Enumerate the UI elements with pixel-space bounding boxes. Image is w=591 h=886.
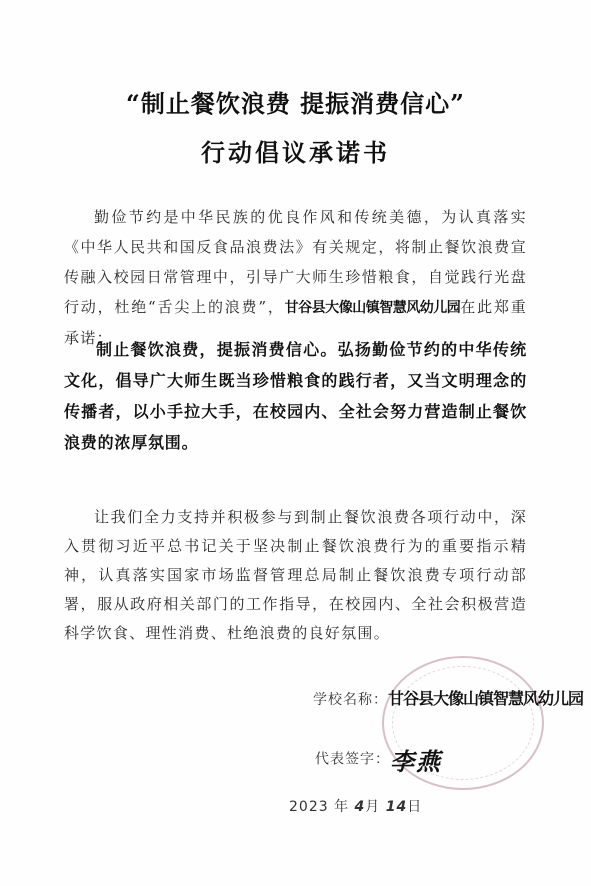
date-year: 2023 bbox=[289, 799, 329, 815]
scanned-document-page: “制止餐饮浪费 提振消费信心” 行动倡议承诺书 勤俭节约是中华民族的优良作风和传… bbox=[0, 0, 591, 886]
date-year-unit: 年 bbox=[334, 799, 349, 815]
representative-label: 代表签字： bbox=[315, 752, 390, 768]
handwritten-school-name-inline: 甘谷县大像山镇智慧风幼儿园 bbox=[285, 300, 461, 316]
document-title-line-1: “制止餐饮浪费 提振消费信心” bbox=[0, 84, 591, 119]
date-month-unit: 月 bbox=[365, 799, 380, 815]
school-name-row: 学校名称：甘谷县大像山镇智慧风幼儿园 bbox=[313, 686, 583, 709]
representative-signature: 李燕 bbox=[390, 747, 442, 776]
school-name-label: 学校名称： bbox=[313, 692, 388, 708]
date-day-unit: 日 bbox=[407, 799, 422, 815]
date-row: 2023 年 4月 14日 bbox=[289, 796, 422, 816]
representative-signature-row: 代表签字：李燕 bbox=[315, 742, 442, 777]
paragraph-intro: 勤俭节约是中华民族的优良作风和传统美德，为认真落实《中华人民共和国反食品浪费法》… bbox=[64, 202, 527, 353]
date-day-handwritten: 14 bbox=[386, 799, 407, 815]
document-title-line-2: 行动倡议承诺书 bbox=[0, 133, 591, 168]
paragraph-commitment-bold: 制止餐饮浪费，提振消费信心。弘扬勤俭节约的中华传统文化，倡导广大师生既当珍惜粮食… bbox=[64, 334, 527, 458]
school-name-handwritten: 甘谷县大像山镇智慧风幼儿园 bbox=[388, 689, 583, 708]
date-month-handwritten: 4 bbox=[355, 799, 366, 815]
paragraph-call-to-action: 让我们全力支持并积极参与到制止餐饮浪费各项行动中，深入贯彻习近平总书记关于坚决制… bbox=[64, 503, 527, 648]
